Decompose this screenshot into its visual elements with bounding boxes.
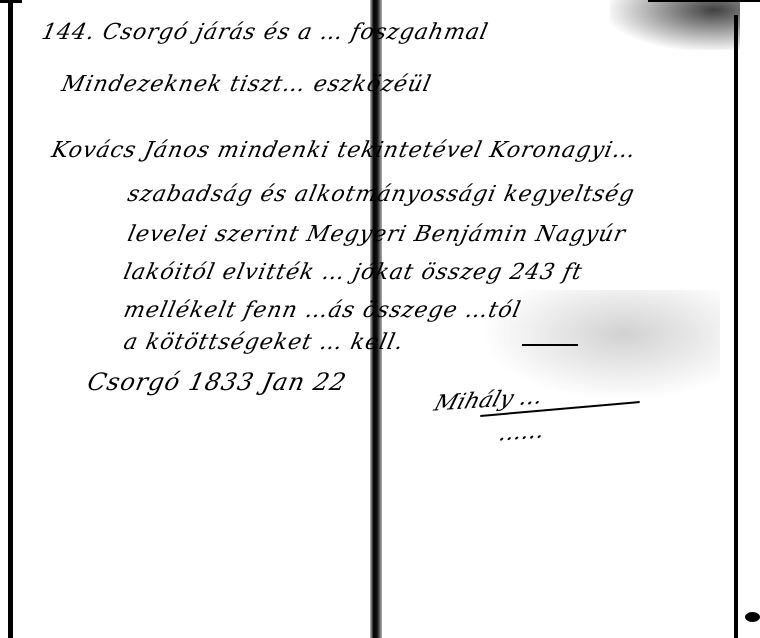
manuscript-page: 144. Csorgó járás és a … foszgahmal Mind…: [0, 0, 760, 638]
text-line-5: levelei szerint Megyeri Benjámin Nagyúr: [125, 222, 628, 247]
right-page-edge: [734, 15, 738, 638]
text-line-7: mellékelt fenn …ás összege …tól: [121, 298, 523, 323]
line-end-dash: [522, 344, 578, 346]
text-line-6: lakóitól elvitték … jókat összeg 243 ft: [121, 260, 585, 285]
text-line-4: szabadság és alkotmányossági kegyeltség: [125, 182, 637, 207]
text-line-3: Kovács János mindenki tekintetével Koron…: [49, 138, 638, 163]
text-line-8: a kötöttségeket … kell.: [121, 330, 406, 355]
ink-stain-top-right: [610, 0, 740, 50]
date-line: Csorgó 1833 Jan 22: [85, 368, 349, 396]
left-page-edge: [8, 0, 13, 638]
signature-flourish: ……: [496, 418, 548, 446]
text-line-1: 144. Csorgó járás és a … foszgahmal: [39, 20, 490, 45]
margin-dot: [745, 612, 760, 622]
text-line-2: Mindezeknek tiszt… eszközéül: [59, 72, 433, 97]
